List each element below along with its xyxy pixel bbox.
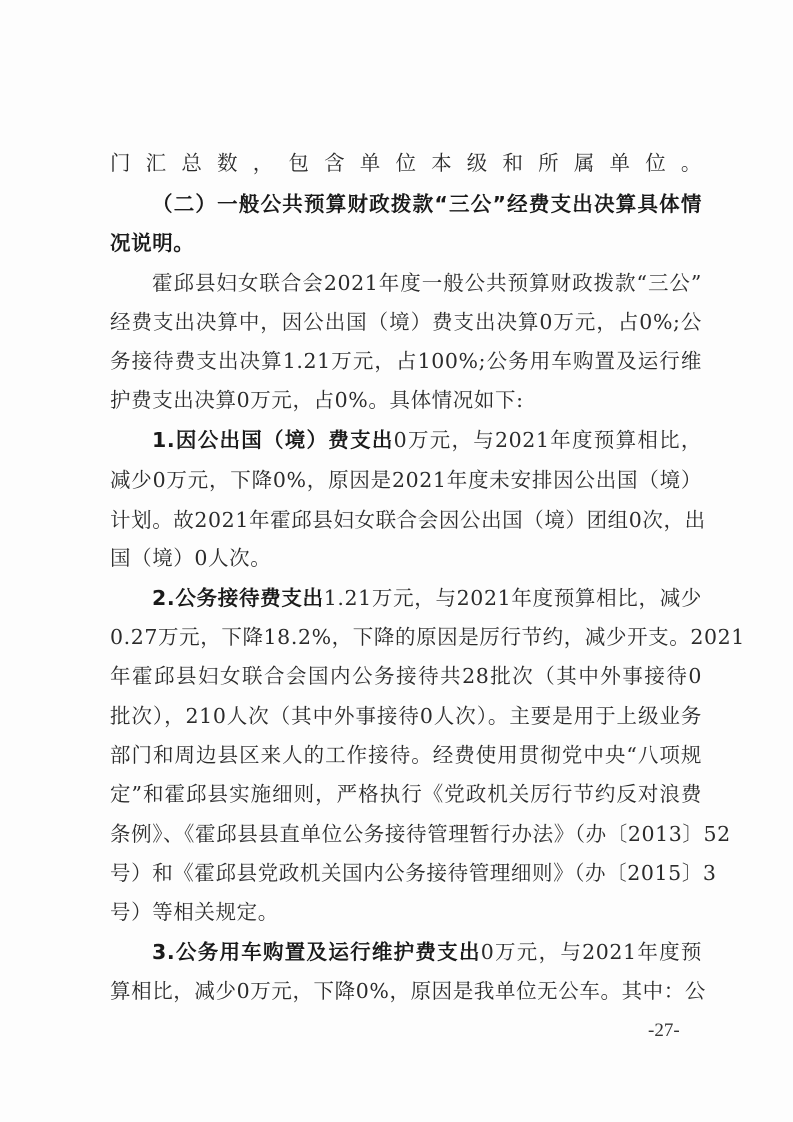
line-text: 减少0万元，下降0%，原因是2021年度未安排因公出国（境）	[110, 468, 702, 492]
paragraph-line: 号）和《霍邱县党政机关国内公务接待管理细则》（办〔2015〕3	[110, 858, 702, 888]
paragraph-line: 年霍邱县妇女联合会国内公务接待共28批次（其中外事接待0	[110, 661, 702, 691]
line-text: 霍邱县妇女联合会2021年度一般公共预算财政拨款“三公”	[152, 271, 702, 295]
paragraph-line: 部门和周边县区来人的工作接待。经费使用贯彻党中央“八项规	[110, 740, 702, 770]
paragraph-line: 批次），210人次（其中外事接待0人次）。主要是用于上级业务	[110, 701, 702, 731]
heading-text: （二）一般公共预算财政拨款“三公”经费支出决算具体情	[152, 192, 702, 216]
line-text: 条例》、《霍邱县县直单位公务接待管理暂行办法》（办〔2013〕52	[110, 822, 731, 846]
line-text: 门汇总数，包含单位本级和所属单位。	[110, 151, 702, 175]
paragraph-line: 护费支出决算0万元，占0%。具体情况如下:	[110, 385, 702, 415]
line-text: 护费支出决算0万元，占0%。具体情况如下:	[110, 388, 524, 412]
page-number: -27-	[648, 1020, 680, 1042]
paragraph-line: 经费支出决算中，因公出国（境）费支出决算0万元，占0%;公	[110, 307, 702, 337]
paragraph-line: 条例》、《霍邱县县直单位公务接待管理暂行办法》（办〔2013〕52	[110, 819, 702, 849]
line-text: 号）等相关规定。	[110, 900, 279, 924]
paragraph-line: 计划。故2021年霍邱县妇女联合会因公出国（境）团组0次，出	[110, 505, 702, 535]
line-text: 1.21万元，与2021年度预算相比，减少	[324, 586, 702, 610]
line-text: 0.27万元，下降18.2%，下降的原因是厉行节约，减少开支。2021	[110, 625, 745, 649]
paragraph-line: 门汇总数，包含单位本级和所属单位。	[110, 148, 702, 178]
section-heading: （二）一般公共预算财政拨款“三公”经费支出决算具体情	[152, 189, 702, 219]
paragraph-line: 号）等相关规定。	[110, 897, 702, 927]
paragraph-line: 务接待费支出决算1.21万元，占100%;公务用车购置及运行维	[110, 346, 702, 376]
heading-text: 况说明。	[110, 231, 194, 255]
section-heading-continued: 况说明。	[110, 228, 702, 258]
paragraph-line: 霍邱县妇女联合会2021年度一般公共预算财政拨款“三公”	[152, 268, 702, 298]
paragraph-line: 减少0万元，下降0%，原因是2021年度未安排因公出国（境）	[110, 465, 702, 495]
line-text: 算相比，减少0万元，下降0%，原因是我单位无公车。其中：公	[110, 979, 706, 1003]
item-3-title: 3.公务用车购置及运行维护费支出	[152, 940, 481, 964]
item-2-line: 2.公务接待费支出1.21万元，与2021年度预算相比，减少	[152, 583, 702, 613]
paragraph-line: 定”和霍邱县实施细则，严格执行《党政机关厉行节约反对浪费	[110, 779, 702, 809]
paragraph-line: 算相比，减少0万元，下降0%，原因是我单位无公车。其中：公	[110, 976, 702, 1006]
paragraph-line: 国（境）0人次。	[110, 543, 702, 573]
line-text: 年霍邱县妇女联合会国内公务接待共28批次（其中外事接待0	[110, 664, 702, 688]
line-text: 经费支出决算中，因公出国（境）费支出决算0万元，占0%;公	[110, 310, 702, 334]
item-2-title: 2.公务接待费支出	[152, 586, 324, 610]
line-text: 国（境）0人次。	[110, 546, 271, 570]
line-text: 0万元，与2021年度预算相比，	[394, 428, 702, 452]
document-page: 门汇总数，包含单位本级和所属单位。 （二）一般公共预算财政拨款“三公”经费支出决…	[0, 0, 793, 1122]
paragraph-line: 0.27万元，下降18.2%，下降的原因是厉行节约，减少开支。2021	[110, 622, 702, 652]
line-text: 部门和周边县区来人的工作接待。经费使用贯彻党中央“八项规	[110, 743, 702, 767]
line-text: 计划。故2021年霍邱县妇女联合会因公出国（境）团组0次，出	[110, 508, 706, 532]
line-text: 批次），210人次（其中外事接待0人次）。主要是用于上级业务	[110, 704, 702, 728]
item-1-title: 1.因公出国（境）费支出	[152, 428, 394, 452]
line-text: 定”和霍邱县实施细则，严格执行《党政机关厉行节约反对浪费	[110, 782, 702, 806]
line-text: 号）和《霍邱县党政机关国内公务接待管理细则》（办〔2015〕3	[110, 861, 717, 885]
item-3-line: 3.公务用车购置及运行维护费支出0万元，与2021年度预	[152, 937, 702, 967]
item-1-line: 1.因公出国（境）费支出0万元，与2021年度预算相比，	[152, 425, 702, 455]
line-text: 0万元，与2021年度预	[481, 940, 702, 964]
line-text: 务接待费支出决算1.21万元，占100%;公务用车购置及运行维	[110, 349, 702, 373]
